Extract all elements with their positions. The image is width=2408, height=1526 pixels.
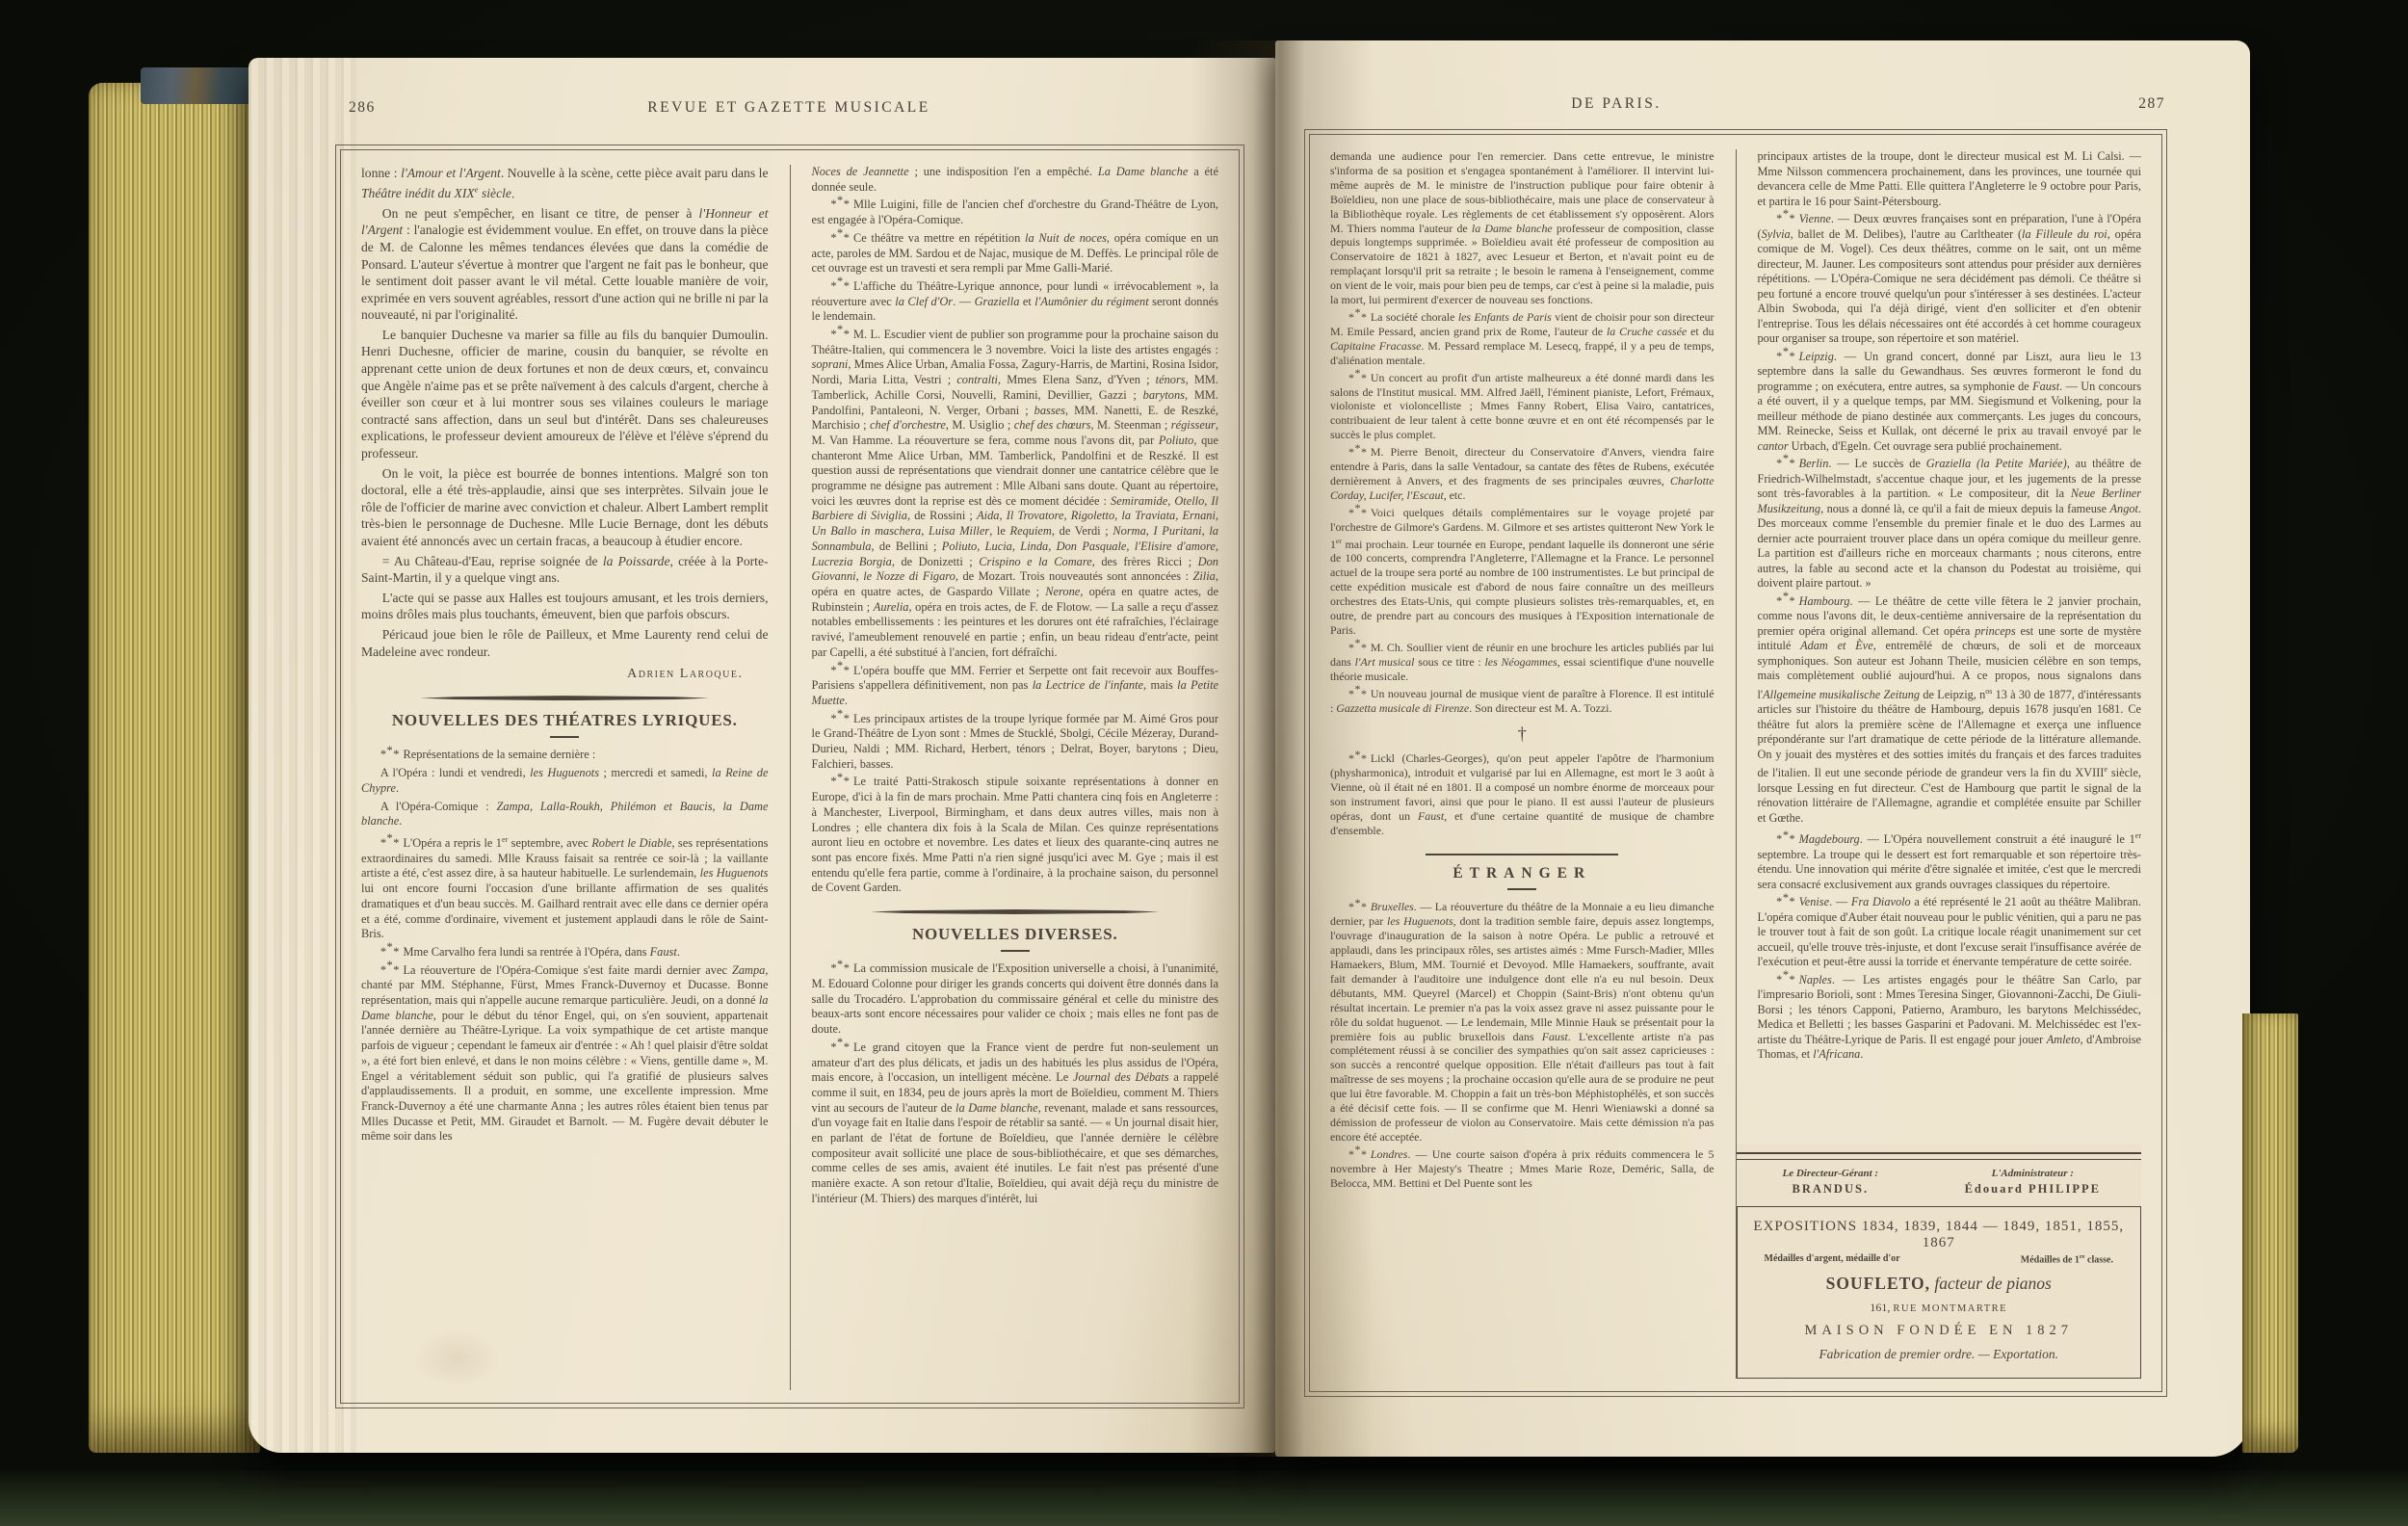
asterism-mark: *** bbox=[1348, 310, 1367, 324]
ad-medals-right: Médailles de 1re classe. bbox=[2021, 1253, 2113, 1265]
article-signature: Adrien Laroque. bbox=[361, 667, 744, 682]
asterism-mark: *** bbox=[1776, 895, 1794, 908]
paragraph: ***Mlle Luigini, fille de l'ancien chef … bbox=[812, 197, 1219, 227]
heading-rule bbox=[1001, 950, 1030, 952]
asterism-mark: *** bbox=[830, 961, 850, 975]
paragraph: ***Un concert au profit d'un artiste mal… bbox=[1330, 371, 1714, 443]
heading-rule bbox=[1507, 888, 1536, 890]
paragraph: ***La société chorale les Enfants de Par… bbox=[1330, 310, 1714, 368]
right-page-column-1: demanda une audience pour l'en remercier… bbox=[1330, 149, 1714, 1379]
paragraph: ***Londres. — Une courte saison d'opéra … bbox=[1330, 1147, 1714, 1191]
asterism-mark: *** bbox=[1776, 212, 1794, 225]
asterism-mark: *** bbox=[830, 775, 850, 788]
asterism-mark: *** bbox=[1776, 594, 1794, 608]
paragraph: ***Le grand citoyen que la France vient … bbox=[812, 1040, 1219, 1207]
heading-rule bbox=[550, 736, 579, 738]
paragraph: L'acte qui se passe aux Halles est toujo… bbox=[361, 590, 769, 623]
asterism-mark: *** bbox=[1776, 457, 1794, 470]
scanned-book-spread: 286 REVUE ET GAZETTE MUSICALE DE PARIS. … bbox=[0, 0, 2408, 1526]
ad-medals-left: Médailles d'argent, médaille d'or bbox=[1765, 1253, 1900, 1265]
paragraph: ***L'affiche du Théâtre-Lyrique annonce,… bbox=[812, 279, 1219, 325]
left-page-column-1: lonne : l'Amour et l'Argent. Nouvelle à … bbox=[361, 165, 769, 1390]
table-surface bbox=[0, 1470, 2408, 1526]
section-heading: ÉTRANGER bbox=[1330, 865, 1714, 882]
administrator-signature: L'Administrateur :Édouard PHILIPPE bbox=[1965, 1168, 2101, 1197]
running-title-right: DE PARIS. bbox=[1472, 95, 1761, 113]
asterism-mark: *** bbox=[380, 836, 400, 850]
paragraph: A l'Opéra : lundi et vendredi, les Hugue… bbox=[361, 766, 769, 796]
divider-rule bbox=[1426, 854, 1618, 856]
paragraph: ***Le traité Patti-Strakosch stipule soi… bbox=[812, 775, 1219, 896]
right-page-columns: demanda une audience pour l'en remercier… bbox=[1311, 136, 2160, 1390]
running-title-left: REVUE ET GAZETTE MUSICALE bbox=[335, 99, 1243, 117]
asterism-mark: *** bbox=[830, 664, 850, 677]
paragraph-continuation: lonne : l'Amour et l'Argent. Nouvelle à … bbox=[361, 165, 769, 202]
section-heading: NOUVELLES DES THÉATRES LYRIQUES. bbox=[367, 710, 763, 730]
paragraph: ***La commission musicale de l'Expositio… bbox=[812, 961, 1219, 1038]
paragraph: ***M. Ch. Soullier vient de réunir en un… bbox=[1330, 641, 1714, 684]
paragraph: ***Venise. — Fra Diavolo a été représent… bbox=[1758, 895, 2142, 970]
paragraph: ***La réouverture de l'Opéra-Comique s'e… bbox=[361, 963, 769, 1144]
paragraph-continuation: demanda une audience pour l'en remercier… bbox=[1330, 149, 1714, 307]
paragraph: ***Ce théâtre va mettre en répétition la… bbox=[812, 231, 1219, 276]
gilded-page-edges-right bbox=[2242, 1013, 2298, 1453]
ad-founded-line: MAISON FONDÉE EN 1827 bbox=[1745, 1323, 2133, 1339]
asterism-mark: *** bbox=[1348, 371, 1367, 384]
right-page-column-2-bottom: Le Directeur-Gérant :BRANDUS.L'Administr… bbox=[1737, 1144, 2142, 1379]
right-page-column-2-text: principaux artistes de la troupe, dont l… bbox=[1758, 149, 2142, 1063]
left-page-columns: lonne : l'Amour et l'Argent. Nouvelle à … bbox=[342, 151, 1238, 1402]
asterism-mark: *** bbox=[1348, 445, 1367, 459]
divider-ornament bbox=[871, 909, 1160, 914]
asterism-mark: *** bbox=[830, 712, 850, 725]
asterism-mark: *** bbox=[1776, 832, 1794, 846]
marbled-cover-corner bbox=[141, 67, 264, 104]
asterism-mark: *** bbox=[1348, 751, 1367, 765]
paragraph: ***M. Pierre Benoit, directeur du Conser… bbox=[1330, 445, 1714, 503]
paragraph: On ne peut s'empêcher, en lisant ce titr… bbox=[361, 205, 769, 324]
paragraph: ***Berlin. — Le succès de Graziella (la … bbox=[1758, 457, 2142, 592]
right-page-column-2: principaux artistes de la troupe, dont l… bbox=[1736, 149, 2142, 1379]
paragraph: Péricaud joue bien le rôle de Pailleux, … bbox=[361, 626, 769, 660]
asterism-mark: *** bbox=[830, 279, 850, 293]
ad-maker-name: SOUFLETO, facteur de pianos bbox=[1745, 1274, 2133, 1294]
director-signature: Le Directeur-Gérant :BRANDUS. bbox=[1783, 1168, 1879, 1197]
asterism-mark: *** bbox=[380, 748, 400, 761]
section-heading: NOUVELLES DIVERSES. bbox=[818, 924, 1214, 944]
right-page-frame: demanda une audience pour l'en remercier… bbox=[1304, 129, 2167, 1397]
paragraph: ***Magdebourg. — L'Opéra nouvellement co… bbox=[1758, 829, 2142, 892]
paragraph: ***L'Opéra a repris le 1er septembre, av… bbox=[361, 832, 769, 942]
paragraph: Le banquier Duchesne va marier sa fille … bbox=[361, 327, 769, 462]
asterism-mark: *** bbox=[1348, 1147, 1367, 1161]
gilded-page-edges-left bbox=[89, 83, 260, 1453]
asterism-mark: *** bbox=[830, 328, 850, 341]
asterism-mark: *** bbox=[830, 231, 850, 245]
asterism-mark: *** bbox=[1776, 350, 1794, 363]
asterism-mark: *** bbox=[1348, 687, 1367, 700]
paragraph: ***Un nouveau journal de musique vient d… bbox=[1330, 687, 1714, 716]
cross-ornament: † bbox=[1330, 724, 1714, 746]
paragraph: ***Voici quelques détails complémentaire… bbox=[1330, 506, 1714, 638]
paragraph: ***Leipzig. — Un grand concert, donné pa… bbox=[1758, 350, 2142, 455]
paragraph: ***M. L. Escudier vient de publier son p… bbox=[812, 328, 1219, 660]
paragraph-continuation: principaux artistes de la troupe, dont l… bbox=[1758, 149, 2142, 209]
paragraph: ***L'opéra bouffe que MM. Ferrier et Ser… bbox=[812, 664, 1219, 709]
paragraph: On le voit, la pièce est bourrée de bonn… bbox=[361, 465, 769, 550]
paragraph: ***Naples. — Les artistes engagés pour l… bbox=[1758, 973, 2142, 1063]
paragraph: ***Les principaux artistes de la troupe … bbox=[812, 712, 1219, 773]
ad-tagline: Fabrication de premier ordre. — Exportat… bbox=[1745, 1347, 2133, 1362]
left-page-column-2: Noces de Jeannette ; une indisposition l… bbox=[790, 165, 1219, 1390]
paragraph: ***Bruxelles. — La réouverture du théâtr… bbox=[1330, 900, 1714, 1144]
asterism-mark: *** bbox=[380, 963, 400, 977]
ad-expositions-line: EXPOSITIONS 1834, 1839, 1844 — 1849, 185… bbox=[1745, 1219, 2133, 1251]
asterism-mark: *** bbox=[1776, 973, 1794, 987]
paragraph: = Au Château-d'Eau, reprise soignée de l… bbox=[361, 553, 769, 587]
asterism-mark: *** bbox=[1348, 641, 1367, 654]
piano-maker-advert: EXPOSITIONS 1834, 1839, 1844 — 1849, 185… bbox=[1737, 1206, 2142, 1379]
divider-ornament bbox=[420, 696, 709, 700]
signature-block: Le Directeur-Gérant :BRANDUS.L'Administr… bbox=[1737, 1168, 2142, 1197]
asterism-mark: *** bbox=[1348, 900, 1367, 913]
ad-address: 161, RUE MONTMARTRE bbox=[1745, 1301, 2133, 1315]
paragraph: ***Lickl (Charles-Georges), qu'on peut a… bbox=[1330, 751, 1714, 837]
marbled-cover-edge-right bbox=[2296, 1085, 2333, 1455]
paragraph: ***Vienne. — Deux œuvres françaises sont… bbox=[1758, 212, 2142, 347]
page-number-right: 287 bbox=[2071, 95, 2165, 113]
asterism-mark: *** bbox=[380, 945, 400, 959]
paragraph: ***Mme Carvalho fera lundi sa rentrée à … bbox=[361, 945, 769, 960]
paragraph: ***Hambourg. — Le théâtre de cette ville… bbox=[1758, 594, 2142, 827]
double-rule bbox=[1737, 1152, 2142, 1160]
asterism-mark: *** bbox=[830, 1040, 850, 1054]
paragraph: A l'Opéra-Comique : Zampa, Lalla-Roukh, … bbox=[361, 800, 769, 829]
asterism-mark: *** bbox=[1348, 506, 1367, 519]
paragraph-continuation: Noces de Jeannette ; une indisposition l… bbox=[812, 165, 1219, 195]
paragraph: ***Représentations de la semaine dernièr… bbox=[361, 748, 769, 763]
asterism-mark: *** bbox=[830, 197, 850, 211]
left-page-frame: lonne : l'Amour et l'Argent. Nouvelle à … bbox=[335, 145, 1244, 1408]
